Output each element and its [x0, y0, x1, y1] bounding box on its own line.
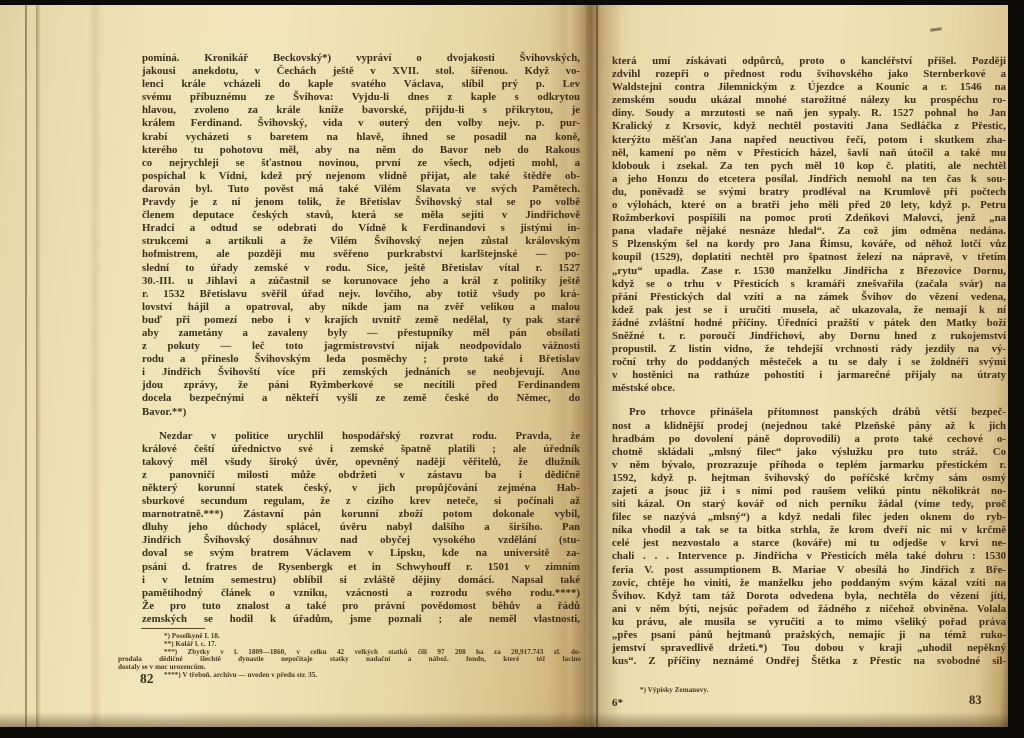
text-line: Kralický z Krsovic, když nechtěl postavi… [612, 120, 1006, 133]
text-line: Švihov. Když tam táž Dorota odvedena byl… [612, 590, 1006, 603]
text-line: jemství spravedlivě držeti.*) Tou dobou … [612, 642, 1006, 655]
text-line: jdou zprávy, že páni Ryžmberkové se necí… [142, 379, 580, 392]
text-line: a jeho Honzu do etcetera posílal. Jindři… [612, 173, 1006, 186]
text-line: dluhy jeho důchody splácel, úvěru nabyl … [142, 521, 580, 534]
text-line: králem Ferdinand. Švihovský, vida v oute… [142, 117, 580, 130]
left-page-text: pomíná. Kronikář Beckovský*) vypráví o d… [142, 52, 580, 626]
text-line: Jindřich Švihovský dosáhnuv nad obyčej v… [142, 534, 580, 547]
text-line: diny. Soudy a mrzutosti se naň jen sypal… [612, 107, 1006, 120]
text-line: propustil. Z listin vidno, že tehdejší v… [612, 343, 1006, 356]
text-line: zdvihl rozepři o přednost rodu švihovské… [612, 68, 1006, 81]
text-line: „rytu“ upadla. Zase r. 1530 manželku Jin… [612, 265, 1006, 278]
right-paragraph-1: která umí získávati odpůrců, proto o kan… [612, 55, 1006, 395]
text-line: ku právu, ale musila se vyručiti a to mi… [612, 616, 1006, 629]
text-line: docela bezpečnými a někteří vyšli ze zem… [142, 392, 580, 405]
text-line: „přes psaní pánů hejtmanů pražských, nem… [612, 629, 1006, 642]
text-line: buď při pomezí nebo i v krajích uvnitř z… [142, 314, 580, 327]
footnote-line: ****) V třeboň. archivu — uveden v předu… [118, 672, 581, 680]
left-paragraph-2: Nezdar v politice urychlil hospodářský r… [142, 430, 580, 626]
text-line: chali . . . Intervence p. Jindřicha v Př… [612, 550, 1006, 563]
text-line: sburkové secundum regulam, že z cizího k… [142, 495, 580, 508]
text-line: feria V. post assumptionem B. Mariae V o… [612, 564, 1006, 577]
gutter-crease [596, 5, 598, 727]
text-line: du, poněvadž se svými bratry prodléval n… [612, 186, 1006, 199]
text-line: slední to úřady zemské v rodu. Sice, ješ… [142, 262, 580, 275]
text-line: takový měl všudy široký úvěr, opevněný n… [142, 456, 580, 469]
text-line: členem deputace českých stavů, která se … [142, 209, 580, 222]
text-line: i v letním semestru) oblíbil si zvláště … [142, 574, 580, 587]
text-line: městské obce. [612, 382, 1006, 395]
text-line: o výlohách, které on a bratři jeho měli … [612, 199, 1006, 212]
page-fold-shading [88, 5, 102, 727]
right-paragraph-2: Pro trhovce přinášela přítomnost panskýc… [612, 406, 1006, 668]
text-line: pomíná. Kronikář Beckovský*) vypráví o d… [142, 52, 580, 65]
text-line: která umí získávati odpůrců, proto o kan… [612, 55, 1006, 68]
text-line: darován byl. Tuto pověst má také Vilém S… [142, 183, 580, 196]
page-number-right: 83 [969, 693, 982, 708]
text-line: filec se nazývá „mlsný“) a když nedali f… [612, 511, 1006, 524]
text-line: králové čeští úřednictvo své i zemské šp… [142, 443, 580, 456]
page-edge-crease [25, 5, 27, 727]
text-line: celé jest nezvostalo a starce (kováře) m… [612, 537, 1006, 550]
text-line: nost a klidnější prodej (nejednou také P… [612, 420, 1006, 433]
text-line: žádné zvláštní hodné příčiny. Úředníci p… [612, 317, 1006, 330]
text-line: r. 1532 Břetislavu svěřil úřad nejv. lov… [142, 288, 580, 301]
text-line: ani v něm býti, nejsúc pořadem od žádnéh… [612, 603, 1006, 616]
text-line: kus“. Z příčiny neznámé Ondřej Štětka z … [612, 655, 1006, 668]
text-line: marnotratně.***) Zástavní pán korunní zb… [142, 508, 580, 521]
text-line: i Jindřich Švihovští více při zemských j… [142, 366, 580, 379]
page-edge-crease [36, 5, 41, 727]
footnote-line: *) Výpisky Zemanovy. [612, 686, 1006, 694]
left-paragraph-1: pomíná. Kronikář Beckovský*) vypráví o d… [142, 52, 580, 419]
text-line: Rožmberkovi pospíšili na pomoc proti Zde… [612, 212, 1006, 225]
text-line: Bavor.**) [142, 406, 580, 419]
text-line: hofmistrem, ale později mu svěřeno purkr… [142, 248, 580, 261]
text-line: Hradci a odtud se odebrati do Vídně k Fe… [142, 222, 580, 235]
book-scan-photo: pomíná. Kronikář Beckovský*) vypráví o d… [0, 0, 1024, 738]
text-line: strukcemi a artikuli a že Vilém Švihovsk… [142, 235, 580, 248]
text-line: 30.-III. u Jihlavi a zúčastnil se koruno… [142, 275, 580, 288]
text-line: v hostěnici na rathúze pohostiti i jarma… [612, 369, 1006, 382]
text-line: z pokuty — leč toto jagrmistrovství nija… [142, 340, 580, 353]
text-line: koupil (1529), doplatiti nechtěl pro špa… [612, 251, 1006, 264]
footnote-separator-rule [141, 628, 205, 629]
text-line: svému příbuznému ze Švihova: Vyjdu-li dn… [142, 91, 580, 104]
text-line: doval se svým bratrem Václavem v Lipsku,… [142, 547, 580, 560]
text-line: Sněžné t. r. poroučí Jindřichovi, aby Do… [612, 330, 1006, 343]
text-line: Pro trhovce přinášela přítomnost panskýc… [612, 406, 1006, 419]
text-line: siti kázal. On starý kovář od nich perní… [612, 498, 1006, 511]
text-line: kterýžto měšťan Jana napřed neuctivou ře… [612, 134, 1006, 147]
text-line: lovství hájil a opatroval, aby nikde jam… [142, 301, 580, 314]
right-page-text: která umí získávati odpůrců, proto o kan… [612, 55, 1006, 668]
text-line: některý korunní statek český, v jich pro… [142, 482, 580, 495]
text-line: zemských se hodil k úřadům, jsme poznali… [142, 613, 580, 626]
text-line: níka vhodil a tak se ta bitka strhla, že… [612, 524, 1006, 537]
text-line: aby zametány a zavaleny byly — přestupní… [142, 327, 580, 340]
text-line: Waldstejni contra Jilemnickým z Újezdce … [612, 81, 1006, 94]
right-page-footnotes: *) Výpisky Zemanovy. [612, 686, 1006, 694]
page-bottom-shadow [0, 712, 1008, 727]
signature-mark: 6* [612, 697, 623, 709]
text-line: kterého tu pohotovu měl, aby na něm do B… [142, 144, 580, 157]
text-line: hradbám po dovolení páně doprovodili) a … [612, 433, 1006, 446]
text-line: krabí vycházeti s baretem na hlavě, ihne… [142, 131, 580, 144]
text-line: psáni d. fratres de Rysenbergk et in Sch… [142, 561, 580, 574]
text-line: chotně skládali „mlsný filec“ jako výslu… [612, 446, 1006, 459]
text-line: hlavou, zvoleno za krále kníže bavorské,… [142, 104, 580, 117]
text-line: když se o trhu v Přesticích s kramáři zn… [612, 278, 1006, 291]
text-line: lenci krále vcházeli do kaple svatého Vá… [142, 78, 580, 91]
text-line: z panovničí milosti může obdržeti v zást… [142, 469, 580, 482]
text-line: zemském soudu ukázal mnohé starožitné ná… [612, 94, 1006, 107]
text-line: kdež pak jest se i uručiti musela, ač uk… [612, 304, 1006, 317]
text-line: v něm bývalo, prozrazuje příhoda o teplé… [612, 459, 1006, 472]
text-line: zovic, chtěje ho viniti, že manželku jeh… [612, 577, 1006, 590]
text-line: zajeti a jsouc již i s nimi pod raušem v… [612, 485, 1006, 498]
text-line: jakousi anekdotu, v Čechách ještě v XVII… [142, 65, 580, 78]
text-line: roční trhy do poddaných městeček a tu se… [612, 356, 1006, 369]
left-page-footnotes: *) Poselkyně I. 18.**) Kolář l. c. 17.**… [118, 633, 581, 680]
text-line: rodu a přineslo Švihovským leda posměchy… [142, 353, 580, 366]
text-line: něl, kamení po něm v Přesticích házel, š… [612, 147, 1006, 160]
text-line: Nezdar v politice urychlil hospodářský r… [142, 430, 580, 443]
text-line: S Plzenským šel na kordy pro Jana Řimsu,… [612, 238, 1006, 251]
text-line: přání Přestických dal vzíti a na zámek Š… [612, 291, 1006, 304]
text-line: pana vladaře nějaké nesnáze hledal“. Za … [612, 225, 1006, 238]
text-line: Že pro tuto znalost a také pro právní po… [142, 600, 580, 613]
text-line: klobouk i zsekal. Za ten pych měl 10 kop… [612, 160, 1006, 173]
text-line: pospíchal k Vídni, kdež prý nejenom vlíd… [142, 170, 580, 183]
text-line: Pravdy je z ní jenom tolik, že Břetislav… [142, 196, 580, 209]
page-number-left: 82 [140, 671, 154, 687]
text-line: 1592, když p. hejtman švihovský do poříč… [612, 472, 1006, 485]
text-line: pamětihodný článek o vzniku, vzácnosti a… [142, 587, 580, 600]
text-line: co nejrychleji se šťastnou novinou, prvn… [142, 157, 580, 170]
